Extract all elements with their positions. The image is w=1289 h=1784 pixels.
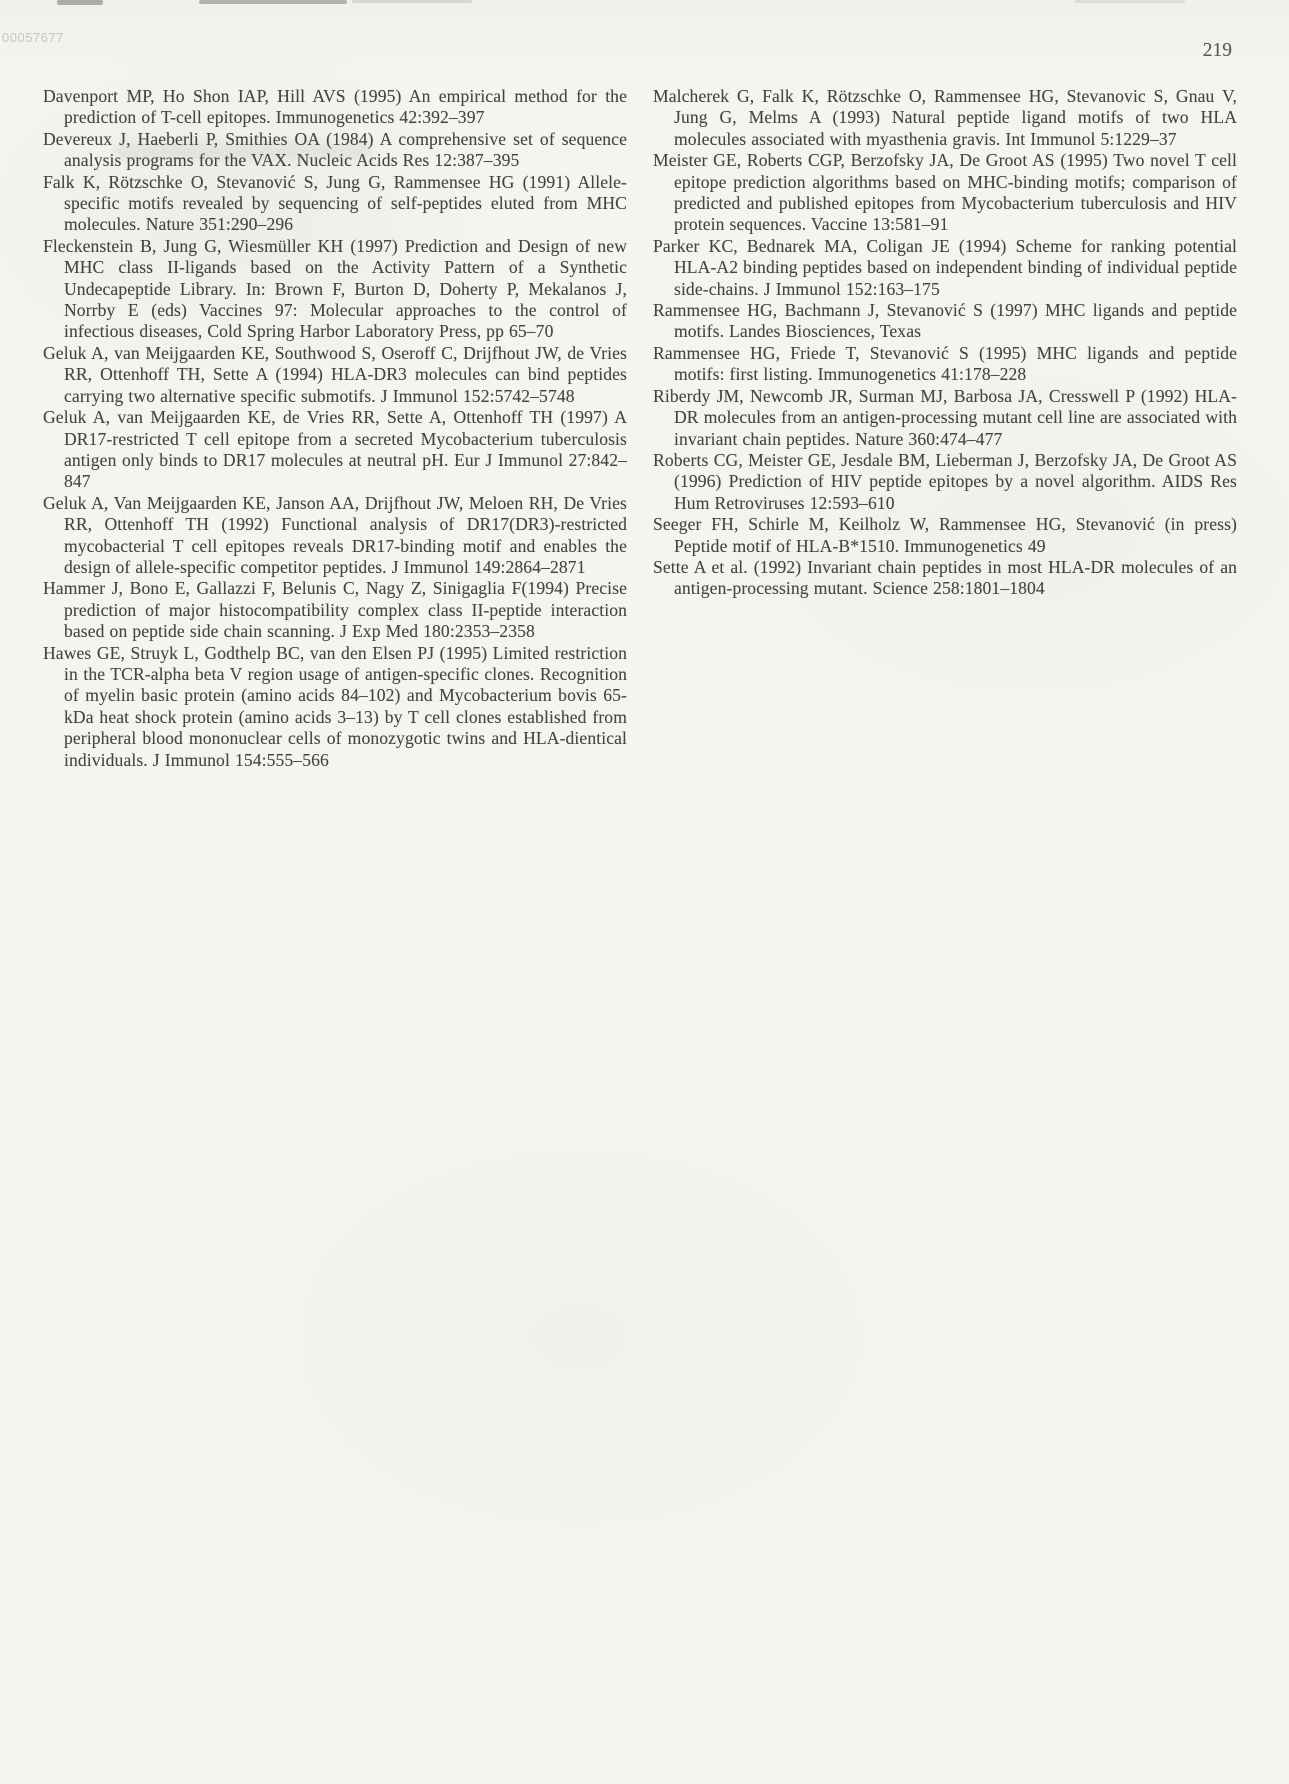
reference-entry: Devereux J, Haeberli P, Smithies OA (198… [43, 129, 627, 172]
reference-entry: Rammensee HG, Bachmann J, Stevanović S (… [653, 300, 1237, 343]
references-column-left: Davenport MP, Ho Shon IAP, Hill AVS (199… [43, 86, 627, 771]
reference-entry: Meister GE, Roberts CGP, Berzofsky JA, D… [653, 150, 1237, 236]
scan-edge-mark [57, 0, 103, 5]
reference-entry: Davenport MP, Ho Shon IAP, Hill AVS (199… [43, 86, 627, 129]
reference-entry: Malcherek G, Falk K, Rötzschke O, Rammen… [653, 86, 1237, 150]
reference-entry: Rammensee HG, Friede T, Stevanović S (19… [653, 343, 1237, 386]
reference-entry: Hammer J, Bono E, Gallazzi F, Belunis C,… [43, 578, 627, 642]
reference-entry: Falk K, Rötzschke O, Stevanović S, Jung … [43, 172, 627, 236]
reference-entry: Geluk A, Van Meijgaarden KE, Janson AA, … [43, 493, 627, 579]
reference-entry: Sette A et al. (1992) Invariant chain pe… [653, 557, 1237, 600]
reference-entry: Roberts CG, Meister GE, Jesdale BM, Lieb… [653, 450, 1237, 514]
reference-entry: Seeger FH, Schirle M, Keilholz W, Rammen… [653, 514, 1237, 557]
scan-edge-mark [1075, 0, 1185, 3]
scan-edge-mark [352, 0, 472, 3]
scanned-page: 00057677 219 Davenport MP, Ho Shon IAP, … [0, 0, 1289, 1784]
references-column-right: Malcherek G, Falk K, Rötzschke O, Rammen… [653, 86, 1237, 600]
scan-edge-mark [199, 0, 347, 4]
scan-stamp-number: 00057677 [2, 30, 64, 45]
reference-entry: Parker KC, Bednarek MA, Coligan JE (1994… [653, 236, 1237, 300]
reference-entry: Hawes GE, Struyk L, Godthelp BC, van den… [43, 643, 627, 771]
reference-entry: Geluk A, van Meijgaarden KE, Southwood S… [43, 343, 627, 407]
reference-entry: Riberdy JM, Newcomb JR, Surman MJ, Barbo… [653, 386, 1237, 450]
reference-entry: Fleckenstein B, Jung G, Wiesmüller KH (1… [43, 236, 627, 343]
reference-entry: Geluk A, van Meijgaarden KE, de Vries RR… [43, 407, 627, 493]
page-number: 219 [1140, 40, 1232, 62]
